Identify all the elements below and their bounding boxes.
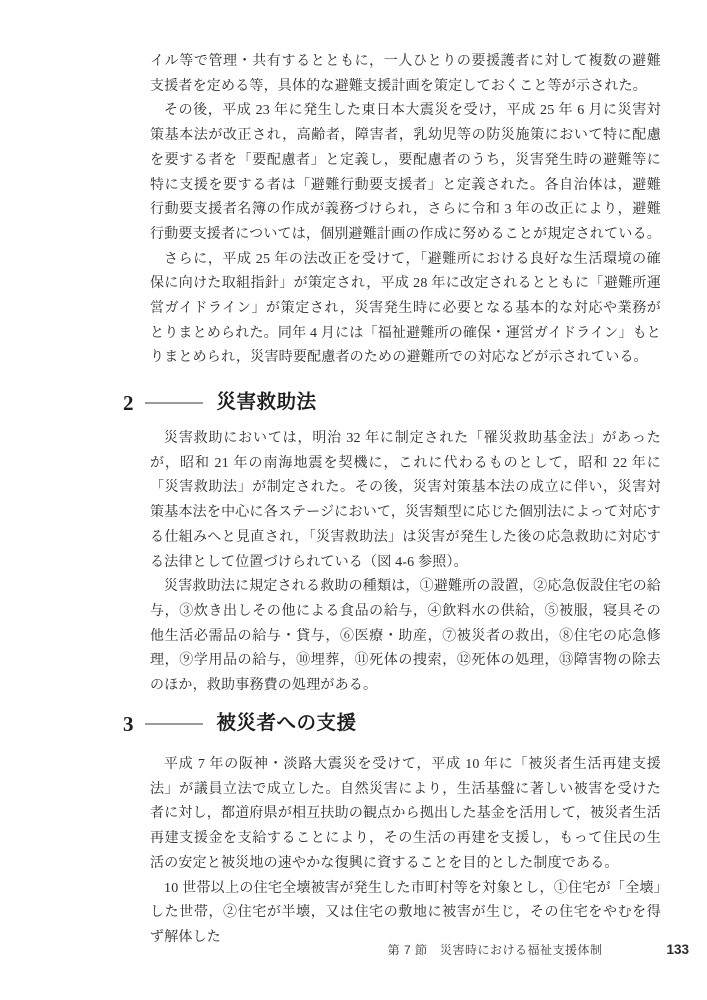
intro-text-block: イル等で管理・共有するとともに，一人ひとりの要援護者に対して複数の避難支援者を定… xyxy=(150,50,661,371)
paragraph: 災害救助においては，明治 32 年に制定された「罹災救助基金法」があったが，昭和… xyxy=(150,427,661,575)
paragraph: 災害救助法に規定される救助の種類は，①避難所の設置，②応急仮設住宅の給与，③炊き… xyxy=(150,575,661,699)
paragraph-continued: イル等で管理・共有するとともに，一人ひとりの要援護者に対して複数の避難支援者を定… xyxy=(150,50,661,99)
page-footer: 第 7 節 災害時における福祉支援体制 133 xyxy=(388,941,689,958)
paragraph: その後，平成 23 年に発生した東日本大震災を受け，平成 25 年 6 月に災害… xyxy=(150,99,661,247)
section-heading-3: 3 被災者への支援 xyxy=(123,711,357,737)
paragraph: さらに，平成 25 年の法改正を受けて，「避難所における良好な生活環境の確保に向… xyxy=(150,248,661,372)
section-3-text-block: 平成 7 年の阪神・淡路大震災を受けて，平成 10 年に「被災者生活再建支援法」… xyxy=(150,753,661,951)
section-heading-2: 2 災害救助法 xyxy=(123,390,317,416)
section-title: 被災者への支援 xyxy=(217,714,357,734)
heading-rule xyxy=(145,723,203,725)
heading-rule xyxy=(145,402,203,404)
running-title: 第 7 節 災害時における福祉支援体制 xyxy=(388,941,603,958)
section-number: 2 xyxy=(123,393,134,414)
section-number: 3 xyxy=(123,714,134,735)
paragraph: 平成 7 年の阪神・淡路大震災を受けて，平成 10 年に「被災者生活再建支援法」… xyxy=(150,753,661,877)
paragraph: 10 世帯以上の住宅全壊被害が発生した市町村等を対象とし，①住宅が「全壊」した世… xyxy=(150,877,661,951)
book-page: イル等で管理・共有するとともに，一人ひとりの要援護者に対して複数の避難支援者を定… xyxy=(0,0,707,1000)
section-title: 災害救助法 xyxy=(217,393,317,413)
page-number: 133 xyxy=(666,942,689,957)
section-2-text-block: 災害救助においては，明治 32 年に制定された「罹災救助基金法」があったが，昭和… xyxy=(150,427,661,699)
